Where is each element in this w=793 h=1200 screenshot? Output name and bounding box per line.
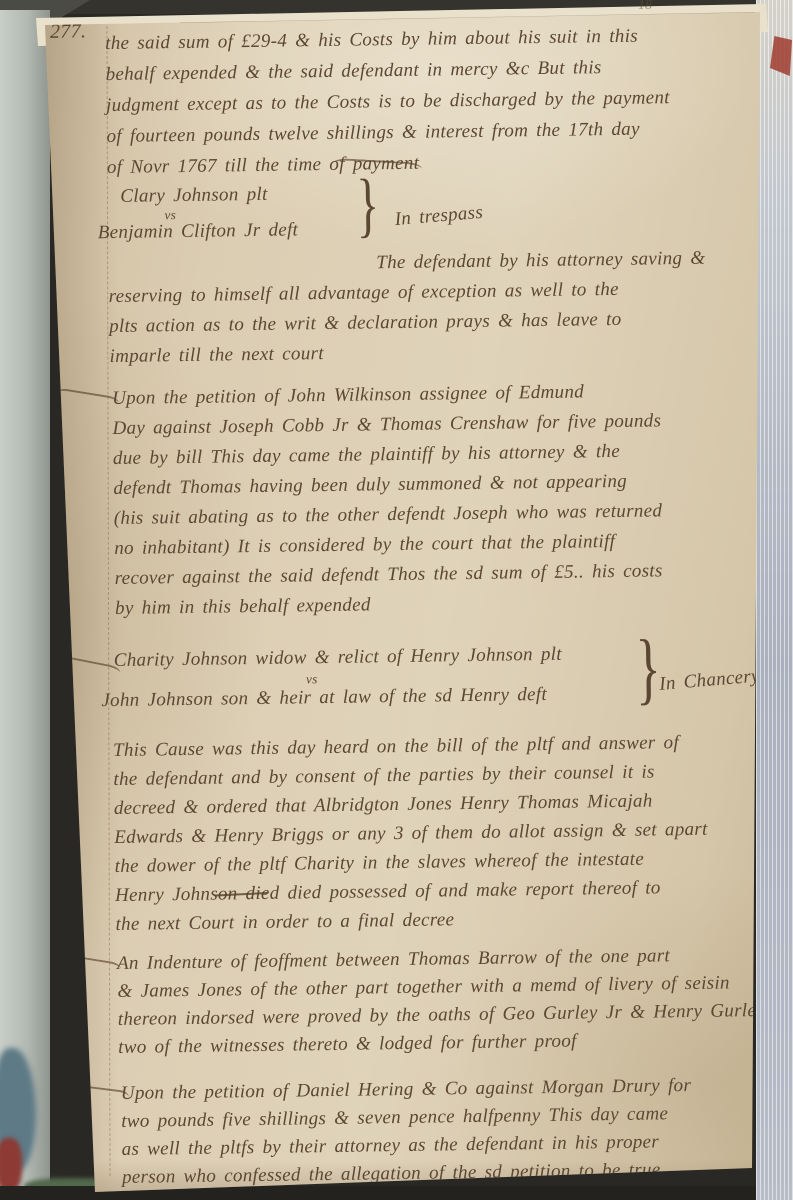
case1-brace: } <box>356 168 380 240</box>
section-dash <box>55 387 120 409</box>
book-fore-edge <box>756 0 793 1200</box>
folio-number: 18 <box>638 0 652 14</box>
manuscript-page: 277. the said sum of £29-4 & his Costs b… <box>0 0 793 1200</box>
case1-defendant: Benjamin Clifton Jr deft <box>98 219 299 244</box>
section-dash <box>60 954 121 975</box>
case1-cause-label: In trespass <box>394 202 484 231</box>
case1-order-paragraph: The defendant by his attorney saving &re… <box>108 244 707 372</box>
case2-cause-label: In Chancery <box>658 666 760 696</box>
case2-plaintiff: Charity Johnson widow & relict of Henry … <box>114 644 562 672</box>
photo-background: 18 277. the said sum of £29-4 & his Cost… <box>0 0 793 1200</box>
plastic-sleeve-edge <box>0 10 50 1200</box>
judgment-continuation-paragraph: the said sum of £29-4 & his Costs by him… <box>105 20 671 183</box>
wilkinson-petition-paragraph: Upon the petition of John Wilkinson assi… <box>112 376 664 624</box>
section-dash <box>52 654 121 679</box>
indenture-paragraph: An Indenture of feoffment between Thomas… <box>117 941 766 1062</box>
case2-decree-paragraph: This Cause was this day heard on the bil… <box>113 728 709 939</box>
case2-defendant: John Johnson son & heir at law of the sd… <box>101 684 547 712</box>
case1-plaintiff: Clary Johnson plt <box>120 184 268 208</box>
background-object-red <box>0 1138 22 1192</box>
handwritten-content: 277. the said sum of £29-4 & his Costs b… <box>0 0 793 1200</box>
hering-petition-paragraph: Upon the petition of Daniel Hering & Co … <box>121 1072 693 1192</box>
manuscript-line: by him in this behalf expended <box>115 586 664 624</box>
case2-versus: vs <box>306 671 318 687</box>
case2-brace: } <box>635 628 661 708</box>
